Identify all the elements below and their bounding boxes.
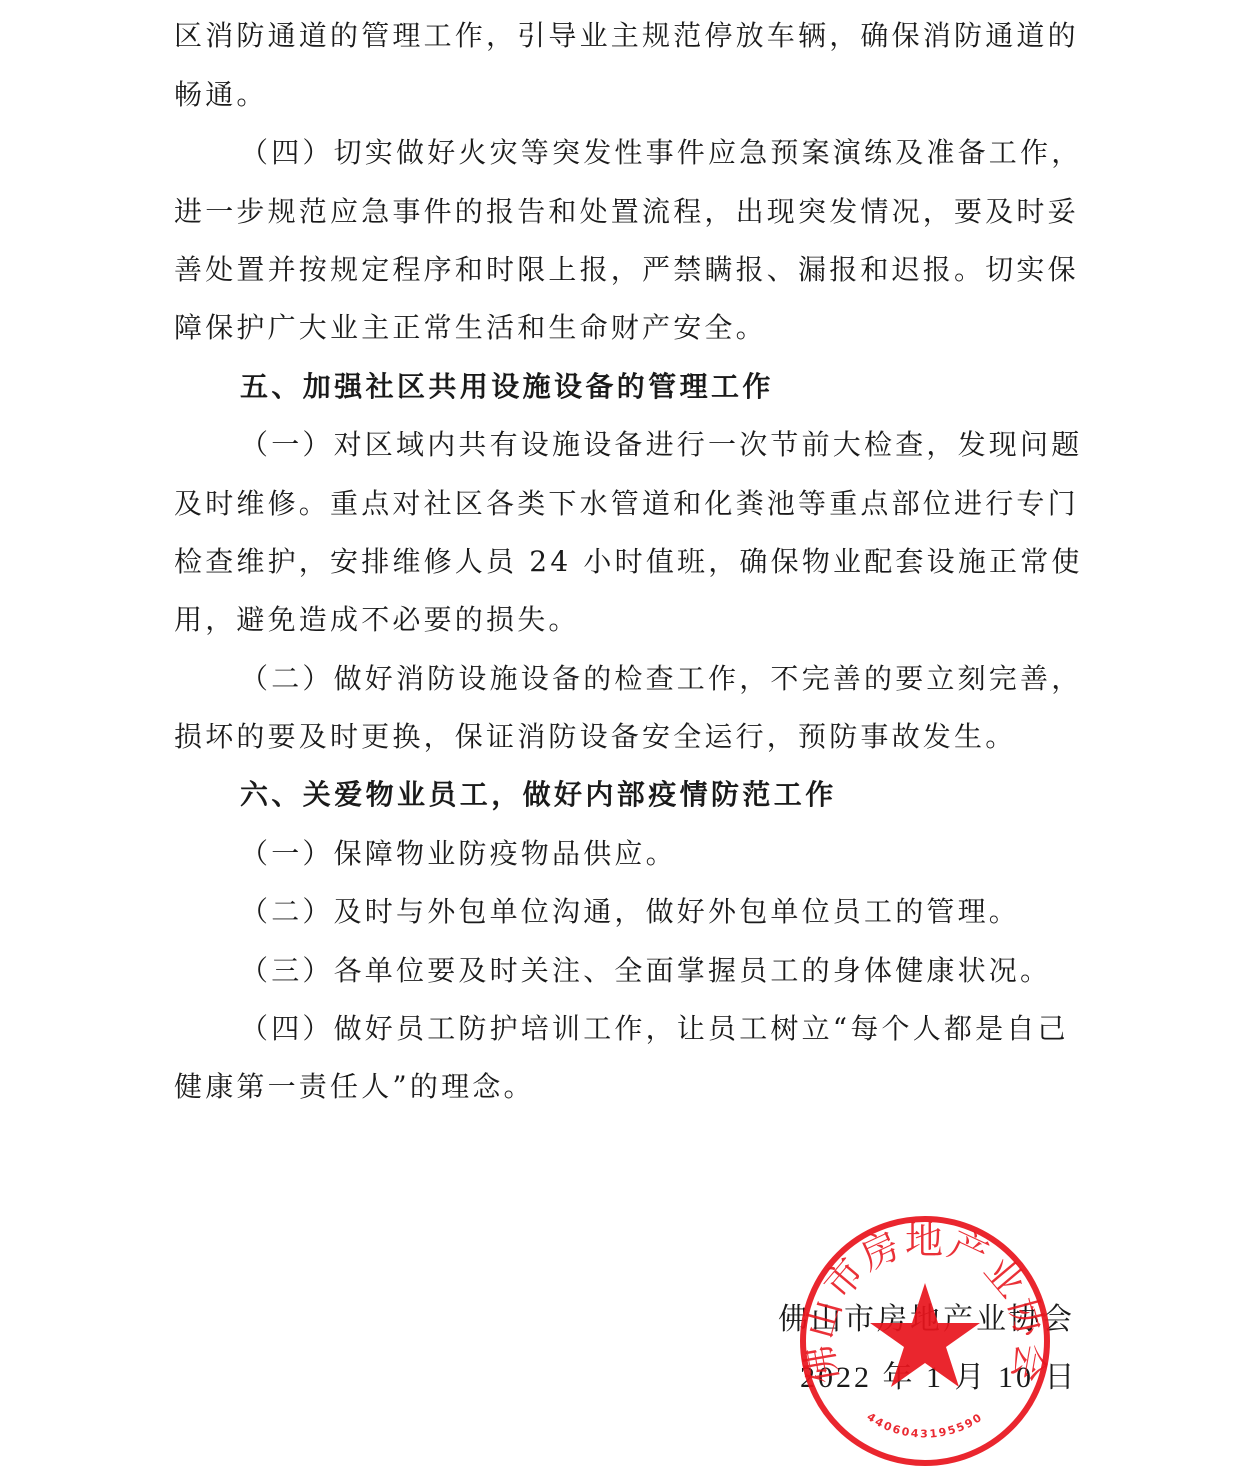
paragraph-line: 善处置并按规定程序和时限上报，严禁瞒报、漏报和迟报。切实保 [174,252,1074,288]
paragraph-line: 检查维护，安排维修人员 24 小时值班，确保物业配套设施正常使 [174,544,1074,580]
paragraph-line: （三）各单位要及时关注、全面掌握员工的身体健康状况。 [240,953,1140,989]
official-seal-icon: 佛山市房地产业协会 4406043195590 [797,1213,1053,1469]
paragraph-line: （二）及时与外包单位沟通，做好外包单位员工的管理。 [240,894,1140,930]
paragraph-line: 损坏的要及时更换，保证消防设备安全运行，预防事故发生。 [174,719,1074,755]
paragraph-line: （二）做好消防设施设备的检查工作，不完善的要立刻完善， [240,661,1140,697]
signature-organization: 佛山市房地产业协会 [778,1302,1075,1338]
svg-text:4406043195590: 4406043195590 [864,1410,985,1440]
document-page: 区消防通道的管理工作，引导业主规范停放车辆，确保消防通道的 畅通。 （四）切实做… [0,0,1240,1472]
paragraph-line: 进一步规范应急事件的报告和处置流程，出现突发情况，要及时妥 [174,194,1074,230]
paragraph-line: 用，避免造成不必要的损失。 [174,602,1074,638]
paragraph-line: （一）保障物业防疫物品供应。 [240,836,1140,872]
paragraph-line: 区消防通道的管理工作，引导业主规范停放车辆，确保消防通道的 [174,18,1074,54]
paragraph-line: （一）对区域内共有设施设备进行一次节前大检查，发现问题 [240,427,1140,463]
section-heading-6: 六、关爱物业员工，做好内部疫情防范工作 [240,777,1140,813]
paragraph-line: 健康第一责任人”的理念。 [174,1069,1074,1105]
section-heading-5: 五、加强社区共用设施设备的管理工作 [240,369,1140,405]
paragraph-line: （四）做好员工防护培训工作，让员工树立“每个人都是自己 [240,1011,1140,1047]
paragraph-line: 畅通。 [174,77,1074,113]
paragraph-line: 及时维修。重点对社区各类下水管道和化粪池等重点部位进行专门 [174,486,1074,522]
signature-date: 2022 年 1 月 10 日 [800,1360,1078,1396]
paragraph-line: 障保护广大业主正常生活和生命财产安全。 [174,310,1074,346]
paragraph-line: （四）切实做好火灾等突发性事件应急预案演练及准备工作， [240,135,1140,171]
